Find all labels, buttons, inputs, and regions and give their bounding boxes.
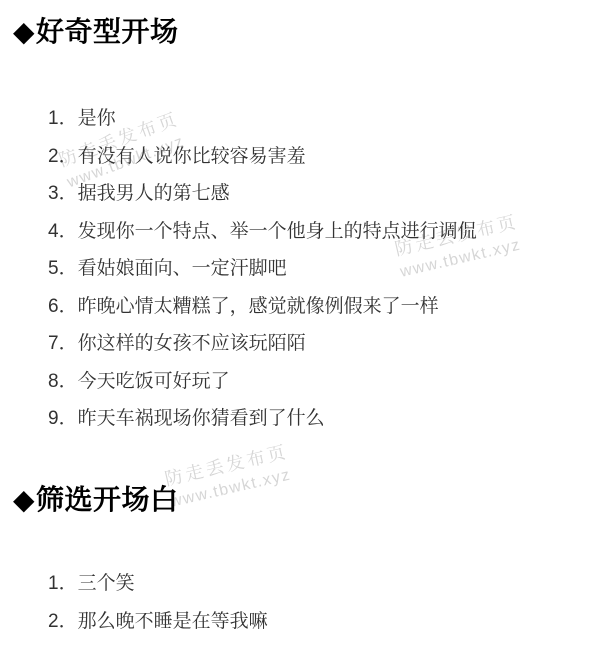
list-item: 9．昨天车祸现场你猜看到了什么 — [48, 400, 477, 438]
list-item: 2．那么晚不睡是在等我嘛 — [48, 603, 268, 641]
list-item: 1．三个笑 — [48, 565, 268, 603]
list-item: 6．昨晚心情太糟糕了，感觉就像例假来了一样 — [48, 288, 477, 326]
list-item: 1．是你 — [48, 100, 477, 138]
section-title: 筛选开场白 — [36, 484, 179, 515]
section-heading-curious-openers: ◆好奇型开场 — [13, 16, 179, 48]
section-heading-screening-openers: ◆筛选开场白 — [13, 484, 179, 516]
curious-opener-list: 1．是你 2．有没有人说你比较容易害羞 3．据我男人的第七感 4．发现你一个特点… — [48, 100, 477, 438]
list-item: 3．据我男人的第七感 — [48, 175, 477, 213]
document-page: 防走丢发布页 www.tbwkt.xyz 防走丢发布页 www.tbwkt.xy… — [0, 0, 600, 664]
diamond-bullet-icon: ◆ — [13, 484, 35, 515]
list-item: 4．发现你一个特点、举一个他身上的特点进行调侃 — [48, 213, 477, 251]
list-item: 2．有没有人说你比较容易害羞 — [48, 138, 477, 176]
diamond-bullet-icon: ◆ — [13, 16, 35, 47]
list-item: 8．今天吃饭可好玩了 — [48, 363, 477, 401]
section-title: 好奇型开场 — [36, 16, 179, 47]
screening-opener-list: 1．三个笑 2．那么晚不睡是在等我嘛 — [48, 565, 268, 640]
list-item: 7．你这样的女孩不应该玩陌陌 — [48, 325, 477, 363]
watermark: 防走丢发布页 www.tbwkt.xyz — [162, 438, 295, 512]
list-item: 5．看姑娘面向、一定汗脚吧 — [48, 250, 477, 288]
